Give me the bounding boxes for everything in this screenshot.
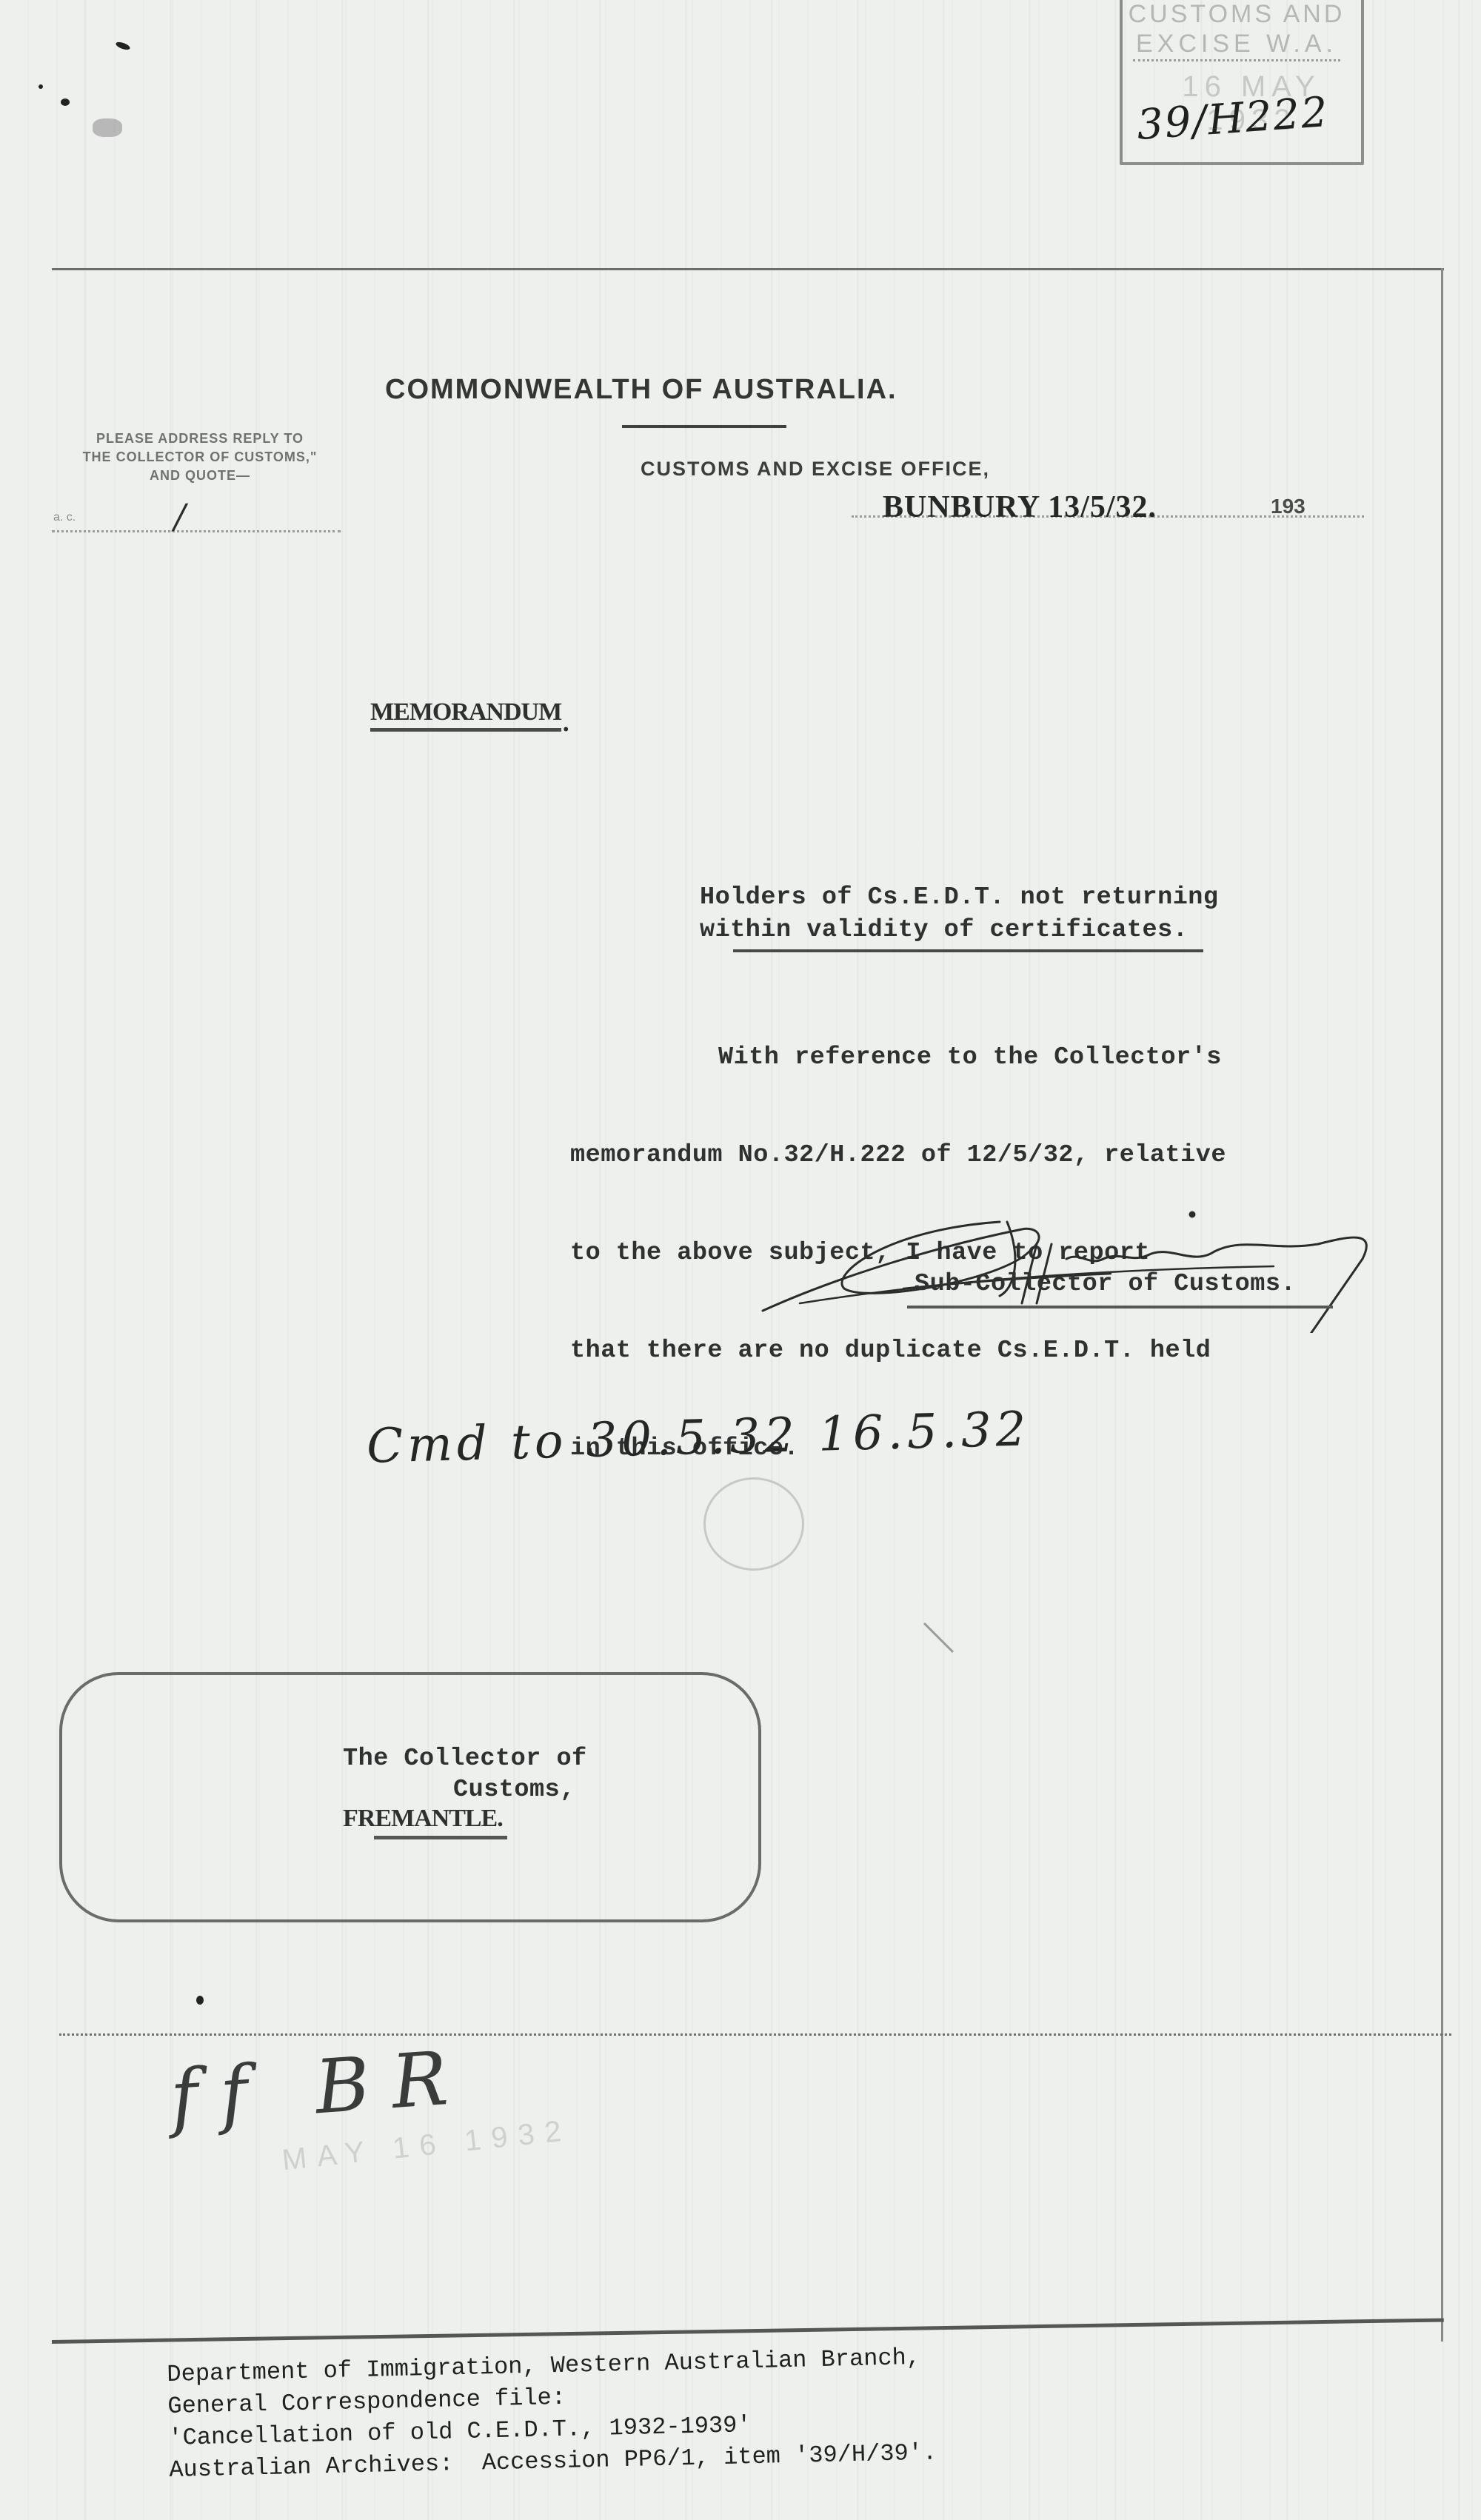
signature-title: Sub-Collector of Customs. bbox=[915, 1268, 1296, 1300]
ink-speck bbox=[61, 98, 70, 106]
ink-speck bbox=[196, 1996, 204, 2005]
memo-heading-period: . bbox=[561, 707, 571, 729]
office-name: CUSTOMS AND EXCISE OFFICE, bbox=[641, 458, 990, 481]
ink-speck bbox=[39, 84, 43, 89]
ink-speck bbox=[115, 41, 131, 51]
addressee-city-underline bbox=[374, 1836, 507, 1839]
reply-instructions: PLEASE ADDRESS REPLY TO THE COLLECTOR OF… bbox=[52, 430, 348, 485]
place-and-date: BUNBURY 13/5/32. bbox=[883, 489, 1157, 525]
ink-smudge bbox=[93, 118, 122, 137]
received-stamp-line1: CUSTOMS AND bbox=[1126, 0, 1348, 29]
faint-circular-mark bbox=[703, 1477, 804, 1571]
reference-field-line bbox=[52, 511, 341, 532]
year-prefix: 193 bbox=[1271, 495, 1306, 518]
memo-body-line: memorandum No.32/H.222 of 12/5/32, relat… bbox=[570, 1139, 1226, 1172]
memo-subject-line: Holders of Cs.E.D.T. not returning bbox=[700, 881, 1219, 914]
signature-title-underline bbox=[907, 1306, 1333, 1309]
reply-instructions-line: PLEASE ADDRESS REPLY TO bbox=[52, 430, 348, 448]
reference-value: / bbox=[174, 496, 186, 536]
page-bottom-edge bbox=[52, 2318, 1444, 2344]
memo-body-line: With reference to the Collector's bbox=[570, 1041, 1226, 1074]
form-top-border bbox=[52, 268, 1444, 270]
memo-heading: MEMORANDUM bbox=[370, 698, 561, 732]
reference-prefix: a. c. bbox=[53, 511, 76, 524]
addressee-city: FREMANTLE. bbox=[343, 1805, 503, 1833]
memo-subject-line: within validity of certificates. bbox=[700, 914, 1188, 946]
memo-subject-underline bbox=[733, 949, 1203, 952]
letterhead-title: COMMONWEALTH OF AUSTRALIA. bbox=[385, 374, 897, 406]
handwritten-signature bbox=[755, 1200, 1392, 1333]
handwritten-initials: ff BR bbox=[167, 2033, 472, 2141]
addressee-line: Customs, bbox=[453, 1774, 575, 1806]
received-stamp-line2: EXCISE W.A. bbox=[1126, 30, 1348, 59]
archive-caption: Department of Immigration, Western Austr… bbox=[167, 2341, 937, 2485]
letterhead-rule bbox=[622, 425, 786, 428]
addressee-line: The Collector of bbox=[343, 1742, 587, 1775]
pencil-stroke bbox=[923, 1622, 954, 1653]
memo-body-line: that there are no duplicate Cs.E.D.T. he… bbox=[570, 1334, 1226, 1367]
form-right-border bbox=[1441, 268, 1443, 2342]
form-lower-divider bbox=[59, 2033, 1451, 2036]
received-stamp-rule bbox=[1133, 59, 1340, 61]
reply-instructions-line: AND QUOTE— bbox=[52, 467, 348, 485]
address-window-frame bbox=[59, 1672, 761, 1922]
reply-instructions-line: THE COLLECTOR OF CUSTOMS," bbox=[52, 448, 348, 467]
